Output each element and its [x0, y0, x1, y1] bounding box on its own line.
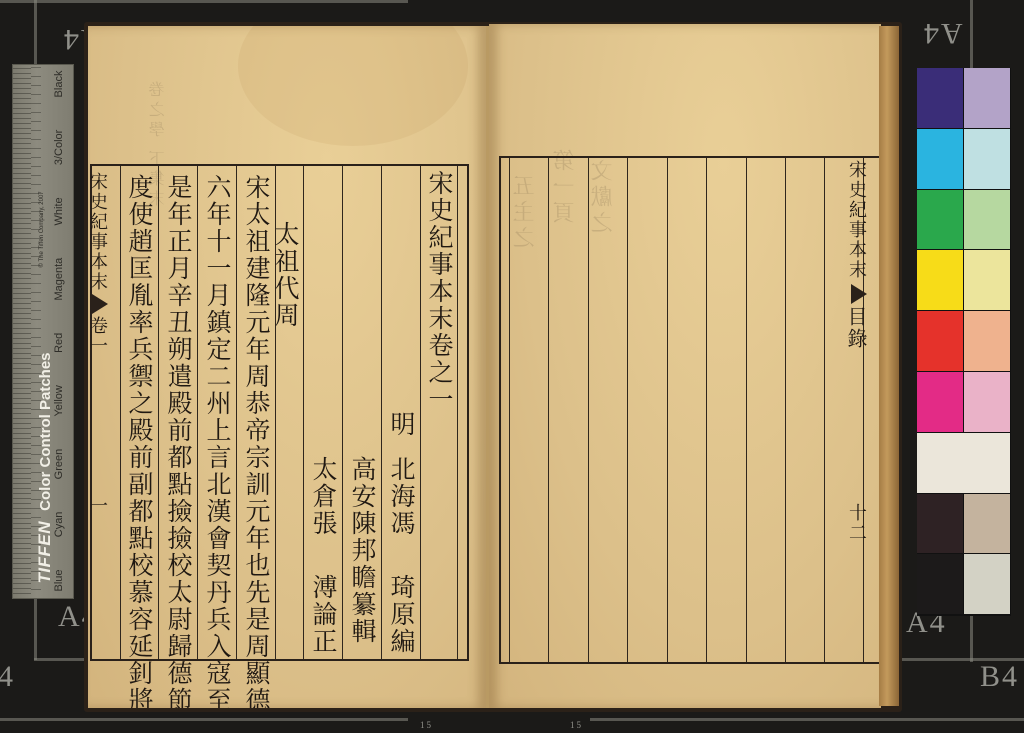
ruler-label-yellow: Yellow: [53, 385, 65, 416]
color-control-chart: [917, 68, 1011, 616]
patch-magenta-light: [964, 372, 1011, 433]
patch-red-light: [964, 311, 1011, 372]
patch-cyan-light: [964, 129, 1011, 190]
ruler-label-3color: 3/Color: [53, 130, 65, 165]
book-page-edges: [879, 26, 899, 706]
text-frame-left: 宋史紀事本末 卷一 一 度使趙匡胤率兵禦之殿前副都點校慕容延釗將 是年正月辛丑朔…: [90, 164, 469, 661]
text-column-2: 六年十一月鎮定二州上言北漢會契丹兵入寇至: [198, 174, 236, 659]
text-column-3: 是年正月辛丑朔遣殿前都點撿撿校太尉歸德節: [159, 174, 197, 659]
ruler-label-white: White: [53, 197, 65, 225]
margin-book-title: 宋史紀事本末: [88, 172, 116, 292]
ruler-label-red: Red: [53, 333, 65, 353]
guide-line-right-vertical-2: [970, 616, 973, 662]
patch-green: [917, 190, 964, 251]
ruler-copyright: © The Tiffen Company, 2007: [39, 191, 45, 267]
margin-section: 目錄: [845, 306, 875, 366]
ruler-number-left: 15: [420, 720, 433, 730]
patch-yellow-light: [964, 250, 1011, 311]
ruler-label-cyan: Cyan: [53, 512, 65, 538]
patch-green-light: [964, 190, 1011, 251]
chapter-heading: 太祖代周: [266, 221, 304, 659]
ruler-title: Color Control Patches: [37, 352, 54, 510]
fishtail-marker-icon: [92, 294, 108, 314]
ruler-label-black: Black: [53, 71, 65, 98]
ruler-label-magenta: Magenta: [53, 258, 65, 301]
right-page: 五主之 第一頁 文獻之 宋史紀事本末 目錄 十二: [489, 24, 881, 708]
ruler-brand: TIFFEN Color Control Patches: [35, 352, 55, 583]
patch-neutral-tan: [964, 494, 1011, 555]
margin-page-number: 一: [88, 496, 116, 536]
patch-yellow: [917, 250, 964, 311]
author-line-2: 高安陳邦瞻纂輯: [343, 456, 381, 659]
margin-page-number-right: 十二: [845, 503, 875, 543]
patch-neutral-light: [964, 554, 1011, 615]
guide-line-left-vertical-2: [34, 590, 37, 660]
fishtail-marker-icon-right: [851, 284, 867, 304]
patch-blue-light: [964, 68, 1011, 129]
ruler-label-blue: Blue: [53, 569, 65, 591]
text-column-4: 度使趙匡胤率兵禦之殿前副都點校慕容延釗將: [120, 174, 158, 659]
patch-magenta: [917, 372, 964, 433]
patch-black: [917, 554, 964, 615]
patch-cyan: [917, 129, 964, 190]
guide-line-left-vertical: [34, 0, 37, 68]
calibration-label-top-right: A4: [922, 16, 963, 50]
guide-line-right-vertical: [970, 0, 973, 68]
tiffen-logo: TIFFEN: [35, 521, 54, 584]
guide-line-top-left: [0, 0, 408, 3]
water-stain: [238, 26, 468, 146]
patch-white: [917, 433, 1011, 494]
guide-line-bottom-right: [590, 718, 1024, 721]
patch-red: [917, 311, 964, 372]
text-frame-right: 宋史紀事本末 目錄 十二: [499, 156, 881, 664]
margin-volume: 卷一: [88, 316, 116, 376]
tiffen-color-control-ruler: TIFFEN Color Control Patches © The Tiffe…: [12, 64, 74, 599]
margin-book-title-right: 宋史紀事本末: [845, 160, 875, 290]
patch-three-color-black: [917, 494, 964, 555]
author-line-1-name: 琦原編: [382, 574, 420, 659]
ruler-number-right: 15: [570, 720, 583, 730]
author-line-3-name: 溥論正: [304, 574, 342, 659]
guide-line-bottom-left: [0, 718, 408, 721]
ruler-label-green: Green: [53, 449, 65, 480]
patch-blue: [917, 68, 964, 129]
left-page: 卷之學 下集末 宋史紀事本末 卷一 一 度使趙匡胤率兵禦之殿前副都點校慕容延釗將…: [88, 26, 489, 708]
guide-line-left-bottom: [34, 658, 90, 661]
calibration-label-bottom-right: B4: [980, 660, 1019, 694]
calibration-label-bottom-left: 4: [0, 660, 15, 694]
book-title-column: 宋史紀事本末卷之一: [420, 170, 458, 659]
ruler-color-labels: Blue Cyan Green Yellow Red Magenta White…: [53, 65, 65, 598]
